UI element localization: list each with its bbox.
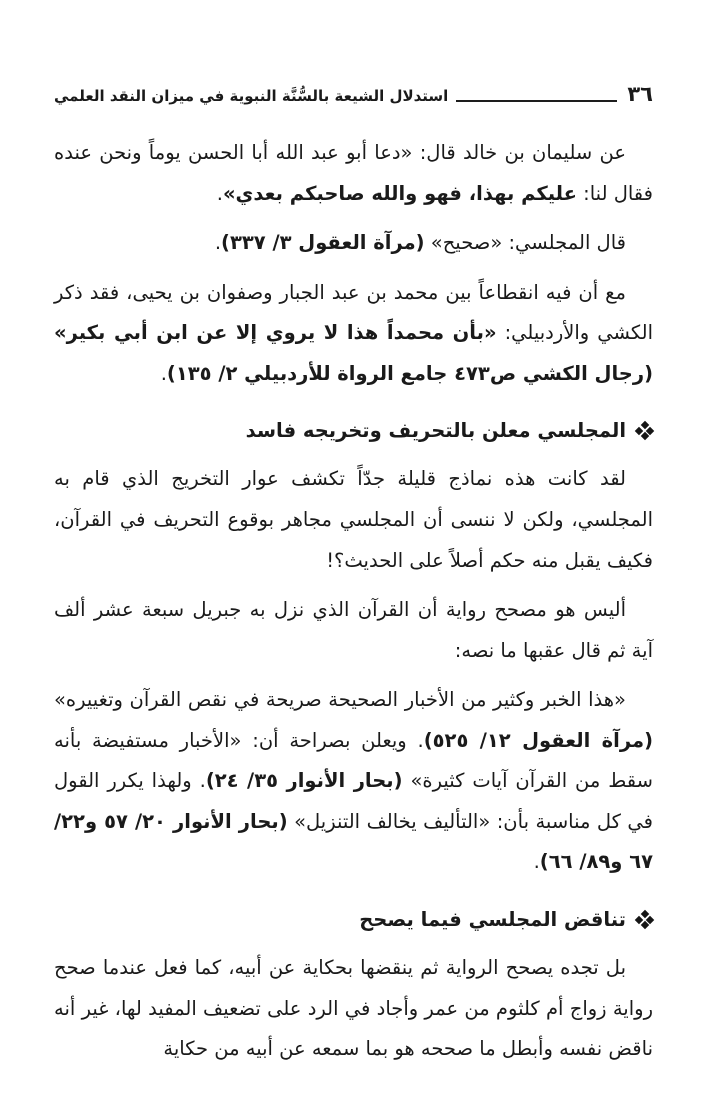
naqs-reference-1: (مرآة العقول ١٢/ ٥٢٥) — [424, 729, 653, 752]
umm-kulthum-text: بل تجده يصحح الرواية ثم ينقضها بحكاية عن… — [54, 956, 653, 1060]
section-heading-tahrif: المجلسي معلن بالتحريف وتخريجه فاسد — [54, 415, 653, 446]
paragraph-isnad-narration: عن سليمان بن خالد قال: «دعا أبو عبد الله… — [54, 133, 653, 214]
naqs-quote-1: «هذا الخبر وكثير من الأخبار الصحيحة صريح… — [54, 688, 626, 711]
naqs-reference-2: (بحار الأنوار ٣٥/ ٢٤) — [206, 769, 403, 792]
paragraph-seventeen-thousand-verses: أليس هو مصحح رواية أن القرآن الذي نزل به… — [54, 590, 653, 671]
paragraph-quran-naqs-quotes: «هذا الخبر وكثير من الأخبار الصحيحة صريح… — [54, 680, 653, 883]
paragraph-models-summary: لقد كانت هذه نماذج قليلة جدّاً تكشف عوار… — [54, 459, 653, 581]
models-summary-text: لقد كانت هذه نماذج قليلة جدّاً تكشف عوار… — [54, 467, 653, 571]
paragraph-majlisi-grading: قال المجلسي: «صحيح» (مرآة العقول ٣/ ٣٣٧)… — [54, 223, 653, 264]
seventeen-thousand-text: أليس هو مصحح رواية أن القرآن الذي نزل به… — [54, 598, 653, 662]
diamond-cluster-ornament-icon — [636, 422, 653, 439]
book-title: استدلال الشيعة بالسُّنَّة النبوية في ميز… — [54, 85, 448, 108]
grading-reference: (مرآة العقول ٣/ ٣٣٧) — [221, 231, 425, 254]
page-number: ٣٦ — [627, 84, 653, 107]
book-page: ٣٦ استدلال الشيعة بالسُّنَّة النبوية في … — [0, 0, 703, 1109]
diamond-cluster-ornament-icon — [636, 911, 653, 928]
section-heading-tahrif-label: المجلسي معلن بالتحريف وتخريجه فاسد — [246, 415, 626, 446]
paragraph-inqita-note: مع أن فيه انقطاعاً بين محمد بن عبد الجبا… — [54, 273, 653, 395]
section-heading-tanaqud-label: تناقض المجلسي فيما يصحح — [359, 904, 626, 935]
header-rule — [456, 99, 617, 102]
grading-text: قال المجلسي: «صحيح» — [425, 231, 626, 254]
page-header: ٣٦ استدلال الشيعة بالسُّنَّة النبوية في … — [54, 84, 653, 107]
section-heading-tanaqud: تناقض المجلسي فيما يصحح — [54, 904, 653, 935]
page-body: عن سليمان بن خالد قال: «دعا أبو عبد الله… — [54, 133, 653, 1070]
paragraph-umm-kulthum: بل تجده يصحح الرواية ثم ينقضها بحكاية عن… — [54, 948, 653, 1070]
narration-bold-quote: عليكم بهذا، فهو والله صاحبكم بعدي» — [223, 182, 577, 205]
